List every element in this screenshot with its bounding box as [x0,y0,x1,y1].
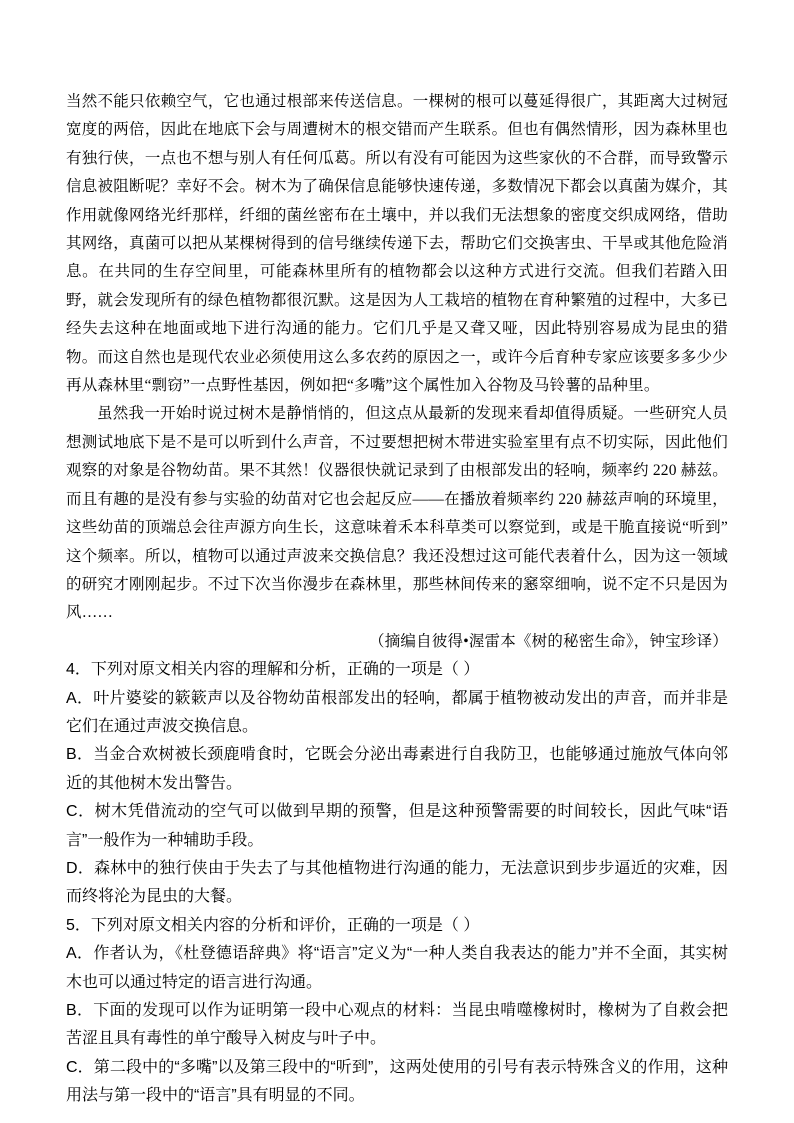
question-4-option-b: B．当金合欢树被长颈鹿啃食时，它既会分泌出毒素进行自我防卫，也能够通过施放气体向… [66,741,728,798]
question-4-option-c: C．树木凭借流动的空气可以做到早期的预警，但是这种预警需要的时间较长，因此气味“… [66,798,728,855]
exam-document-page: 当然不能只依赖空气，它也通过根部来传送信息。一棵树的根可以蔓延得很广，其距离大过… [0,0,794,1123]
reading-passage: 当然不能只依赖空气，它也通过根部来传送信息。一棵树的根可以蔓延得很广，其距离大过… [66,88,728,656]
question-4-option-a: A．叶片婆娑的簌簌声以及谷物幼苗根部发出的轻响，都属于植物被动发出的声音，而并非… [66,685,728,742]
question-4-stem: 4．下列对原文相关内容的理解和分析，正确的一项是（ ） [66,656,728,684]
question-5-option-a: A．作者认为，《杜登德语辞典》将“语言”定义为“一种人类自我表达的能力”并不全面… [66,940,728,997]
question-5-option-c: C．第二段中的“多嘴”以及第三段中的“听到”，这两处使用的引号有表示特殊含义的作… [66,1054,728,1111]
question-4-option-d: D．森林中的独行侠由于失去了与其他植物进行沟通的能力，无法意识到步步逼近的灾难，… [66,855,728,912]
passage-paragraph-1: 当然不能只依赖空气，它也通过根部来传送信息。一棵树的根可以蔓延得很广，其距离大过… [66,88,728,400]
passage-attribution: （摘编自彼得•渥雷本《树的秘密生命》，钟宝珍译） [66,628,728,656]
question-5-stem: 5．下列对原文相关内容的分析和评价，正确的一项是（ ） [66,912,728,940]
passage-paragraph-2: 虽然我一开始时说过树木是静悄悄的，但这点从最新的发现来看却值得质疑。一些研究人员… [66,400,728,627]
question-section: 4．下列对原文相关内容的理解和分析，正确的一项是（ ） A．叶片婆娑的簌簌声以及… [66,656,728,1111]
question-5: 5．下列对原文相关内容的分析和评价，正确的一项是（ ） A．作者认为，《杜登德语… [66,912,728,1111]
question-4: 4．下列对原文相关内容的理解和分析，正确的一项是（ ） A．叶片婆娑的簌簌声以及… [66,656,728,912]
question-5-option-b: B．下面的发现可以作为证明第一段中心观点的材料：当昆虫啃噬橡树时，橡树为了自救会… [66,997,728,1054]
